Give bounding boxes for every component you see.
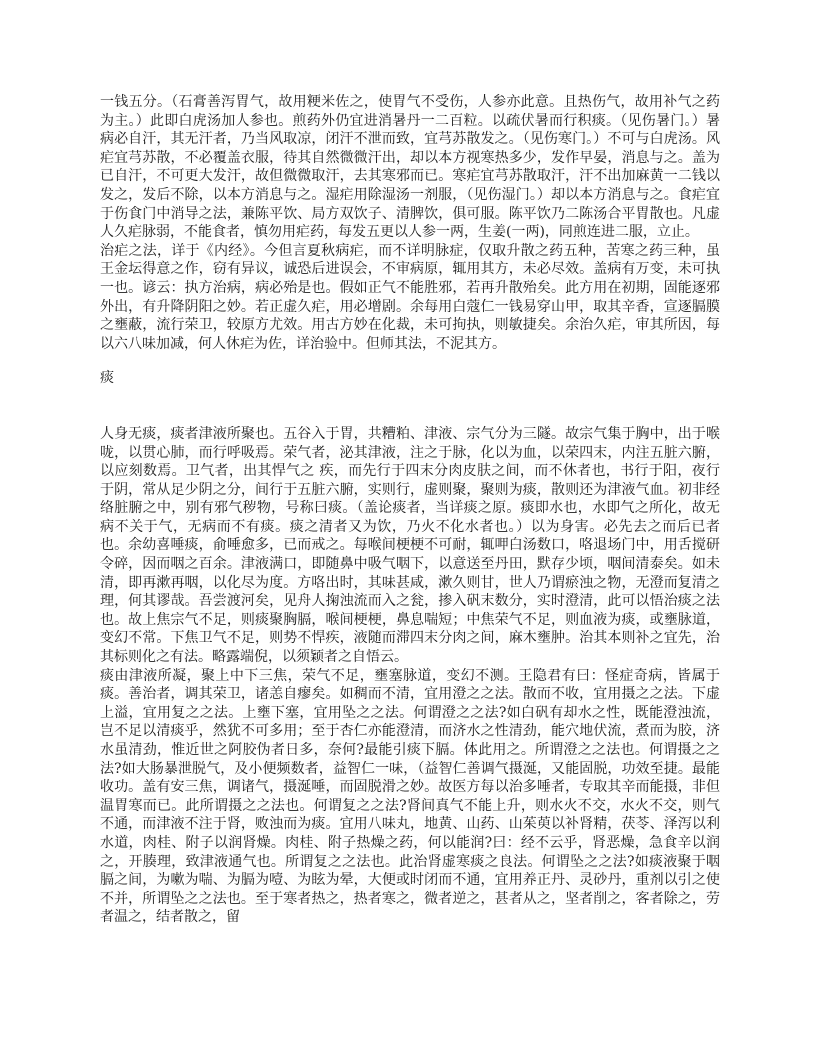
paragraph-malaria-treatment-discussion: 治疟之法，详于《内经》。今但言夏秋病疟，而不详明脉症，仅取升散之药五种，苦寒之药… <box>100 242 720 354</box>
text-block: 一钱五分。（石膏善泻胃气，故用粳米佐之，使胃气不受伤，人参亦此意。且热伤气，故用… <box>100 93 720 927</box>
paragraph-summer-malaria-remedies: 一钱五分。（石膏善泻胃气，故用粳米佐之，使胃气不受伤，人参亦此意。且热伤气，故用… <box>100 93 720 242</box>
paragraph-phlegm-four-methods: 痰由津液所凝，聚上中下三焦，荣气不足，壅塞脉道，变幻不测。王隐君有曰：怪症奇病，… <box>100 667 720 927</box>
document-page: 一钱五分。（石膏善泻胃气，故用粳米佐之，使胃气不受伤，人参亦此意。且热伤气，故用… <box>0 0 816 1056</box>
paragraph-phlegm-nature: 人身无痰，痰者津液所聚也。五谷入于胃，共糟粕、津液、宗气分为三隧。故宗气集于胸中… <box>100 425 720 667</box>
section-heading-phlegm: 痰 <box>100 369 720 388</box>
